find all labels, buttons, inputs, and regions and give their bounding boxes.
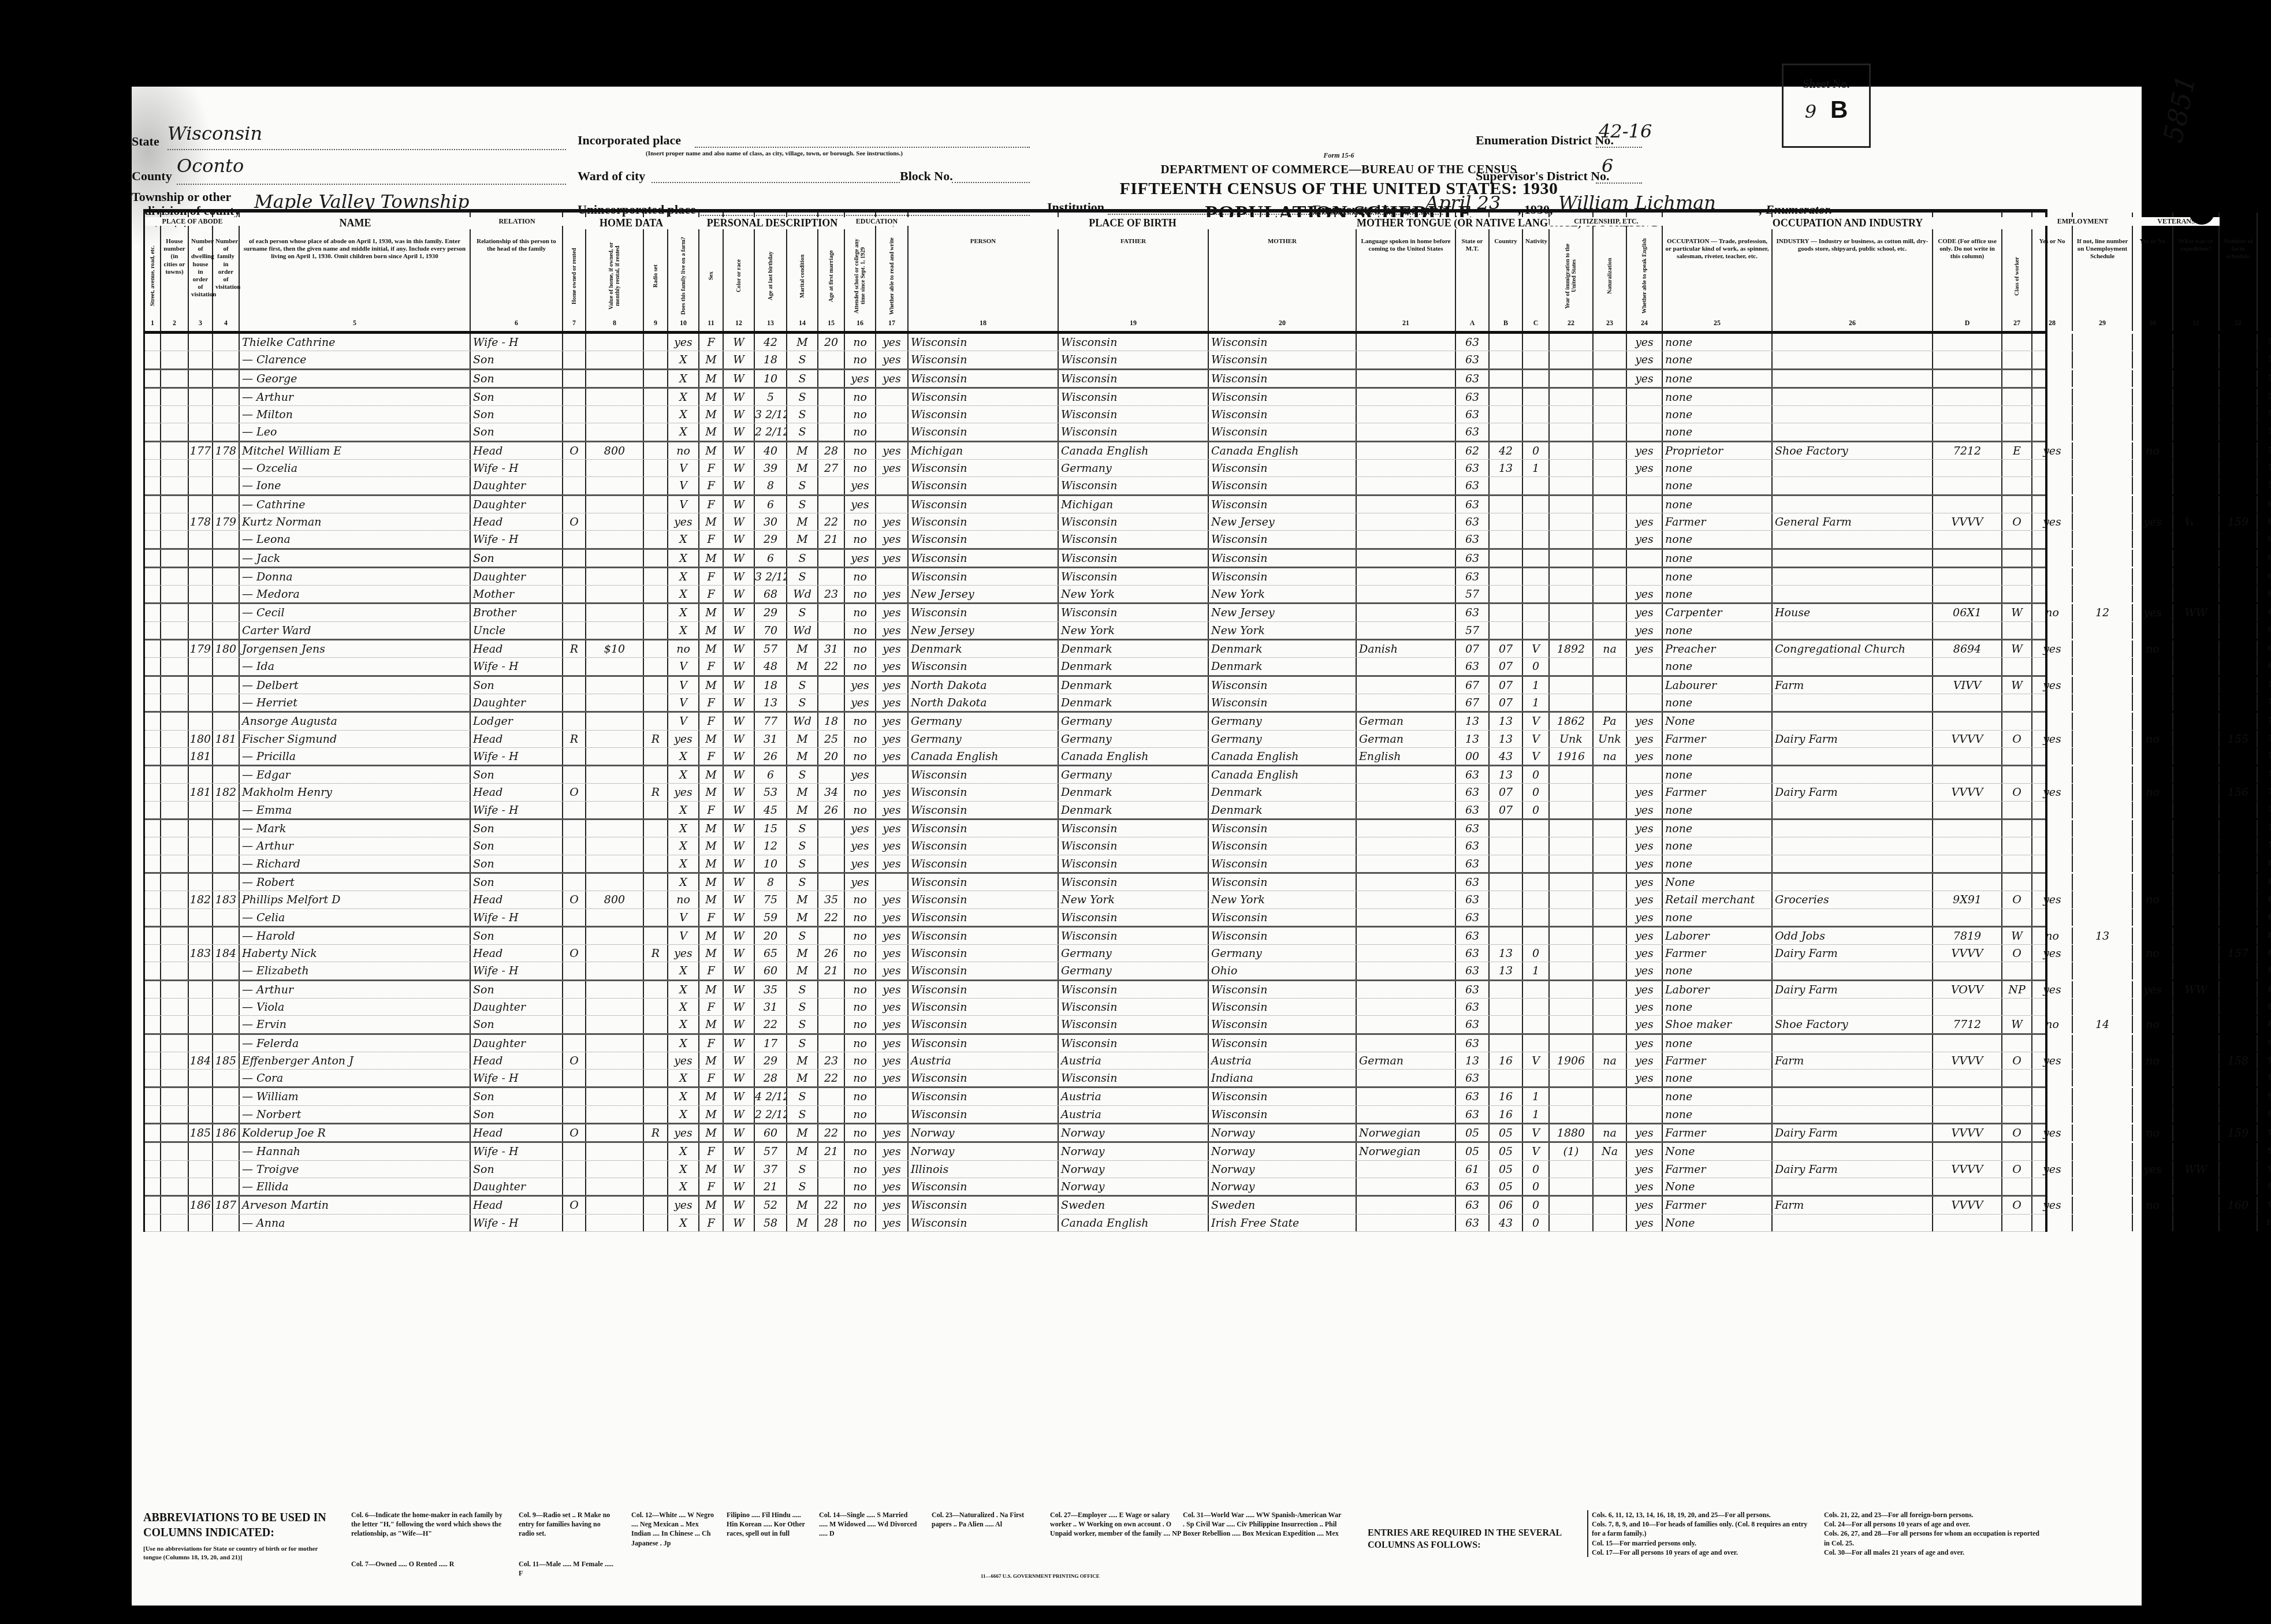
- cell-unemp: [2073, 370, 2133, 387]
- cell-cls: W: [2002, 677, 2032, 694]
- cell-bp: Wisconsin: [909, 837, 1059, 854]
- cell-work: [2032, 334, 2073, 351]
- cell-work: [2032, 351, 2073, 368]
- cell-vet: no: [2133, 784, 2173, 800]
- cell-sch: no: [845, 784, 876, 800]
- cell-empty: [145, 460, 161, 476]
- cell-fam: [213, 981, 240, 998]
- cell-fam: [213, 748, 240, 765]
- cell-imm: [1550, 802, 1594, 818]
- cell-mbp: Norway: [1209, 1124, 1357, 1141]
- cell-cC: V: [1523, 1124, 1550, 1141]
- cell-work: [2032, 389, 2073, 405]
- cell-empty: [161, 677, 189, 694]
- cell-agem: [818, 981, 845, 998]
- cell-own: [563, 460, 586, 476]
- cell-farm: X: [668, 550, 699, 567]
- cell-unemp: [2073, 1124, 2133, 1141]
- cell-read: yes: [876, 658, 909, 675]
- cell-bp: Norway: [909, 1124, 1059, 1141]
- cell-line: 100: [2258, 1215, 2271, 1231]
- cell-cD: [1933, 802, 2002, 818]
- column-header-text: Relationship of this person to the head …: [473, 238, 560, 253]
- cell-imm: [1550, 586, 1594, 602]
- cell-race: W: [724, 855, 755, 872]
- cell-unemp: [2073, 874, 2133, 891]
- cell-ind: [1773, 1143, 1933, 1160]
- cell-sch: no: [845, 999, 876, 1015]
- cell-empty: [161, 1215, 189, 1231]
- cell-ind: [1773, 999, 1933, 1015]
- cell-cls: E: [2002, 442, 2032, 459]
- cell-name: — Mark: [240, 820, 471, 837]
- cell-eng: yes: [1627, 586, 1663, 602]
- cell-imm: [1550, 784, 1594, 800]
- cell-radio: [644, 855, 668, 872]
- cell-ind: [1773, 622, 1933, 639]
- cell-rel: Head: [471, 945, 563, 962]
- cell-agem: [818, 1106, 845, 1123]
- cell-cB: 07: [1490, 694, 1523, 711]
- cell-line: 59: [2258, 477, 2271, 494]
- cell-work: yes: [2032, 442, 2073, 459]
- cell-fam: [213, 370, 240, 387]
- cell-lang: [1357, 1035, 1456, 1052]
- cell-occ: none: [1663, 1106, 1773, 1123]
- cell-empty: [145, 1178, 161, 1195]
- table-row: — ClarenceSonXMW18SnoyesWisconsinWiscons…: [145, 351, 2045, 370]
- cell-rel: Son: [471, 1106, 563, 1123]
- cell-age: 2 2/12: [755, 423, 787, 440]
- cell-cB: 06: [1490, 1197, 1523, 1213]
- cell-fsch: [2220, 460, 2258, 476]
- cell-sex: M: [699, 677, 724, 694]
- column-number: 3: [189, 319, 212, 327]
- cell-rel: Brother: [471, 604, 563, 621]
- cell-dw: [189, 837, 213, 854]
- table-row: — CathrineDaughterVFW6SyesWisconsinMichi…: [145, 496, 2045, 513]
- cell-war: [2173, 945, 2220, 962]
- cell-vet: [2133, 334, 2173, 351]
- cell-vet: [2133, 406, 2173, 423]
- cell-sex: M: [699, 423, 724, 440]
- cell-radio: [644, 837, 668, 854]
- cell-name: Fischer Sigmund: [240, 731, 471, 747]
- cell-unemp: [2073, 981, 2133, 998]
- cell-empty: [161, 1178, 189, 1195]
- cell-ind: [1773, 909, 1933, 926]
- cell-agem: 20: [818, 748, 845, 765]
- cell-lang: [1357, 802, 1456, 818]
- cell-own: O: [563, 784, 586, 800]
- cell-vet: [2133, 568, 2173, 585]
- table-row: — CoraWife - HXFW28M22noyesWisconsinWisc…: [145, 1070, 2045, 1088]
- cell-radio: [644, 477, 668, 494]
- cell-bp: Wisconsin: [909, 370, 1059, 387]
- cell-work: [2032, 658, 2073, 675]
- column-header: State or M.T.A: [1456, 213, 1490, 331]
- cell-fam: [213, 677, 240, 694]
- cell-empty: [145, 622, 161, 639]
- cell-dw: [189, 531, 213, 547]
- cell-val: [586, 604, 644, 621]
- cell-dw: [189, 1161, 213, 1178]
- cell-work: [2032, 1106, 2073, 1123]
- cell-age: 29: [755, 531, 787, 547]
- cell-sch: no: [845, 640, 876, 657]
- cell-race: W: [724, 513, 755, 530]
- cell-own: [563, 748, 586, 765]
- cell-sex: M: [699, 766, 724, 783]
- township-label-1: Township or other: [132, 189, 231, 204]
- cell-bp: Wisconsin: [909, 1106, 1059, 1123]
- cell-age: 3 2/12: [755, 568, 787, 585]
- cell-bp: Wisconsin: [909, 406, 1059, 423]
- cell-val: [586, 423, 644, 440]
- cell-fsch: [2220, 586, 2258, 602]
- cell-race: W: [724, 909, 755, 926]
- column-header-text: of each person whose place of abode on A…: [242, 238, 467, 261]
- cell-name: — Ida: [240, 658, 471, 675]
- table-row: — CeliaWife - HVFW59M22noyesWisconsinWis…: [145, 909, 2045, 928]
- cell-ind: [1773, 1070, 1933, 1086]
- cell-fam: [213, 837, 240, 854]
- column-header: Marital condition14: [787, 213, 818, 331]
- cell-lang: [1357, 370, 1456, 387]
- abbrev-col31: Col. 31—World War ..... WW Spanish-Ameri…: [1183, 1510, 1345, 1539]
- cell-radio: R: [644, 1124, 668, 1141]
- cell-line: 80: [2258, 855, 2271, 872]
- cell-radio: [644, 1070, 668, 1086]
- cell-rel: Wife - H: [471, 658, 563, 675]
- cell-own: [563, 928, 586, 944]
- cell-race: W: [724, 981, 755, 998]
- cell-imm: [1550, 694, 1594, 711]
- cell-own: [563, 568, 586, 585]
- cell-cB: [1490, 1070, 1523, 1086]
- cell-eng: yes: [1627, 1178, 1663, 1195]
- cell-empty: [145, 1052, 161, 1069]
- cell-cC: [1523, 909, 1550, 926]
- cell-race: W: [724, 550, 755, 567]
- cell-empty: [145, 496, 161, 513]
- cell-cB: 42: [1490, 442, 1523, 459]
- cell-work: yes: [2032, 731, 2073, 747]
- cell-unemp: 14: [2073, 1016, 2133, 1033]
- cell-read: [876, 1088, 909, 1105]
- cell-fam: 187: [213, 1197, 240, 1213]
- cell-cA: 63: [1456, 891, 1490, 908]
- cell-fbp: Wisconsin: [1059, 981, 1209, 998]
- cell-nat: [1594, 766, 1627, 783]
- cell-read: [876, 874, 909, 891]
- cell-lang: German: [1357, 713, 1456, 729]
- cell-read: yes: [876, 784, 909, 800]
- cell-nat: [1594, 658, 1627, 675]
- cell-imm: 1906: [1550, 1052, 1594, 1069]
- cell-mar: S: [787, 1088, 818, 1105]
- cell-agem: [818, 351, 845, 368]
- cell-lang: [1357, 406, 1456, 423]
- cell-read: yes: [876, 1197, 909, 1213]
- cell-empty: [145, 891, 161, 908]
- cell-cD: [1933, 370, 2002, 387]
- cell-empty: [161, 406, 189, 423]
- cell-ind: [1773, 334, 1933, 351]
- cell-cD: [1933, 1215, 2002, 1231]
- cell-unemp: [2073, 766, 2133, 783]
- cell-occ: none: [1663, 802, 1773, 818]
- cell-cA: 63: [1456, 389, 1490, 405]
- cell-bp: Germany: [909, 731, 1059, 747]
- cell-vet: no: [2133, 1016, 2173, 1033]
- cell-sex: M: [699, 370, 724, 387]
- cell-cC: [1523, 389, 1550, 405]
- cell-cB: 13: [1490, 962, 1523, 979]
- cell-sch: yes: [845, 694, 876, 711]
- cell-sch: no: [845, 658, 876, 675]
- cell-lang: [1357, 550, 1456, 567]
- cell-own: [563, 766, 586, 783]
- cell-cD: [1933, 874, 2002, 891]
- cell-empty: [145, 604, 161, 621]
- column-number: 32: [2220, 319, 2257, 327]
- cell-cls: [2002, 658, 2032, 675]
- cell-imm: [1550, 477, 1594, 494]
- cell-race: W: [724, 604, 755, 621]
- cell-cD: [1933, 406, 2002, 423]
- cell-bp: Wisconsin: [909, 460, 1059, 476]
- column-header-text: Language spoken in home before coming to…: [1359, 238, 1453, 253]
- cell-empty: [145, 1070, 161, 1086]
- cell-rel: Daughter: [471, 477, 563, 494]
- cell-mar: M: [787, 784, 818, 800]
- cell-eng: yes: [1627, 513, 1663, 530]
- cell-fsch: [2220, 604, 2258, 621]
- cell-fsch: [2220, 568, 2258, 585]
- cell-ind: [1773, 586, 1933, 602]
- cell-eng: yes: [1627, 370, 1663, 387]
- cell-imm: [1550, 891, 1594, 908]
- table-row: — ArthurSonXMW12SyesyesWisconsinWisconsi…: [145, 837, 2045, 855]
- cell-unemp: [2073, 1035, 2133, 1052]
- cell-mar: S: [787, 837, 818, 854]
- cell-occ: none: [1663, 550, 1773, 567]
- cell-farm: yes: [668, 784, 699, 800]
- cell-name: — Arthur: [240, 389, 471, 405]
- cell-sex: F: [699, 531, 724, 547]
- cell-cls: [2002, 1215, 2032, 1231]
- cell-imm: [1550, 1035, 1594, 1052]
- cell-agem: 35: [818, 891, 845, 908]
- cell-dw: [189, 999, 213, 1015]
- cell-dw: [189, 550, 213, 567]
- cell-farm: X: [668, 622, 699, 639]
- cell-occ: none: [1663, 622, 1773, 639]
- cell-age: 31: [755, 731, 787, 747]
- cell-lang: [1357, 1161, 1456, 1178]
- cell-cA: 63: [1456, 370, 1490, 387]
- cell-line: 79: [2258, 837, 2271, 854]
- cell-vet: [2133, 748, 2173, 765]
- cell-race: W: [724, 1035, 755, 1052]
- cell-radio: [644, 496, 668, 513]
- cell-sex: F: [699, 694, 724, 711]
- cell-mar: M: [787, 731, 818, 747]
- cell-read: yes: [876, 945, 909, 962]
- cell-rel: Son: [471, 389, 563, 405]
- cell-war: [2173, 820, 2220, 837]
- cell-rel: Wife - H: [471, 460, 563, 476]
- cell-mar: M: [787, 442, 818, 459]
- cell-fsch: [2220, 1178, 2258, 1195]
- cell-own: [563, 351, 586, 368]
- column-group-title: PLACE OF BIRTH: [909, 217, 1357, 229]
- cell-cD: [1933, 837, 2002, 854]
- cell-unemp: [2073, 748, 2133, 765]
- cell-unemp: [2073, 460, 2133, 476]
- cell-cB: [1490, 351, 1523, 368]
- column-number: 12: [724, 319, 754, 327]
- cell-agem: 22: [818, 513, 845, 530]
- cell-vet: no: [2133, 442, 2173, 459]
- cell-war: [2173, 1124, 2220, 1141]
- column-group-title: CITIZENSHIP, ETC.: [1550, 217, 1663, 226]
- cell-work: [2032, 1178, 2073, 1195]
- column-header: House number (in cities or towns)2: [161, 213, 189, 331]
- cell-bp: New Jersey: [909, 586, 1059, 602]
- table-row: 185186Kolderup Joe RHeadORyesMW60M22noye…: [145, 1124, 2045, 1143]
- cell-sex: F: [699, 1178, 724, 1195]
- cell-rel: Wife - H: [471, 748, 563, 765]
- column-header: Street, avenue, road, etc.1: [145, 213, 161, 331]
- cell-line: 67: [2258, 622, 2271, 639]
- cell-mbp: Wisconsin: [1209, 496, 1357, 513]
- cell-mar: M: [787, 460, 818, 476]
- cell-rel: Wife - H: [471, 909, 563, 926]
- cell-cC: [1523, 550, 1550, 567]
- cell-cC: 0: [1523, 1178, 1550, 1195]
- cell-val: [586, 1124, 644, 1141]
- cell-work: [2032, 837, 2073, 854]
- table-row: — ArthurSonXMW5SnoWisconsinWisconsinWisc…: [145, 389, 2045, 406]
- cell-eng: yes: [1627, 1052, 1663, 1069]
- cell-agem: [818, 999, 845, 1015]
- cell-mbp: Canada English: [1209, 442, 1357, 459]
- cell-dw: 180: [189, 731, 213, 747]
- cell-rel: Son: [471, 550, 563, 567]
- cell-read: yes: [876, 1215, 909, 1231]
- cell-ind: Shoe Factory: [1773, 442, 1933, 459]
- cell-sex: M: [699, 1052, 724, 1069]
- cell-own: [563, 531, 586, 547]
- cell-imm: [1550, 370, 1594, 387]
- table-row: 178179Kurtz NormanHeadOyesMW30M22noyesWi…: [145, 513, 2045, 531]
- cell-war: [2173, 891, 2220, 908]
- cell-nat: [1594, 677, 1627, 694]
- cell-farm: yes: [668, 1052, 699, 1069]
- cell-rel: Son: [471, 820, 563, 837]
- cell-imm: [1550, 406, 1594, 423]
- cell-ind: [1773, 531, 1933, 547]
- cell-nat: [1594, 477, 1627, 494]
- cell-cC: [1523, 1070, 1550, 1086]
- cell-age: 8: [755, 477, 787, 494]
- column-number: 11: [699, 319, 723, 327]
- cell-dw: [189, 1088, 213, 1105]
- cell-ind: Shoe Factory: [1773, 1016, 1933, 1033]
- cell-read: yes: [876, 731, 909, 747]
- cell-cB: 05: [1490, 1124, 1523, 1141]
- cell-cC: [1523, 531, 1550, 547]
- cell-vet: [2133, 477, 2173, 494]
- cell-radio: [644, 1161, 668, 1178]
- cell-farm: X: [668, 802, 699, 818]
- cell-radio: [644, 1106, 668, 1123]
- cell-cA: 63: [1456, 496, 1490, 513]
- cell-rel: Wife - H: [471, 1070, 563, 1086]
- column-number: 9: [644, 319, 667, 327]
- cell-war: WW: [2173, 604, 2220, 621]
- cell-fsch: 159: [2220, 513, 2258, 530]
- cell-line: 57: [2258, 442, 2271, 459]
- cell-imm: [1550, 766, 1594, 783]
- cell-name: — Ervin: [240, 1016, 471, 1033]
- cell-imm: 1892: [1550, 640, 1594, 657]
- required-entries-left: Cols. 6, 11, 12, 13, 14, 16, 18, 19, 20,…: [1587, 1510, 1817, 1557]
- cell-mbp: New Jersey: [1209, 513, 1357, 530]
- cell-eng: [1627, 1106, 1663, 1123]
- column-header: Number of dwelling house in order of vis…: [189, 213, 213, 331]
- cell-unemp: [2073, 477, 2133, 494]
- cell-work: no: [2032, 604, 2073, 621]
- cell-cB: [1490, 622, 1523, 639]
- table-row: — ErvinSonXMW22SnoyesWisconsinWisconsinW…: [145, 1016, 2045, 1034]
- cell-ind: [1773, 748, 1933, 765]
- cell-imm: [1550, 981, 1594, 998]
- table-row: — ArthurSonXMW35SnoyesWisconsinWisconsin…: [145, 981, 2045, 999]
- cell-farm: X: [668, 406, 699, 423]
- cell-empty: [161, 694, 189, 711]
- column-header: Yes or No30: [2133, 213, 2173, 331]
- cell-sch: no: [845, 604, 876, 621]
- column-header-text: FATHER: [1061, 238, 1205, 245]
- cell-bp: Wisconsin: [909, 1016, 1059, 1033]
- cell-race: W: [724, 891, 755, 908]
- cell-farm: X: [668, 1070, 699, 1086]
- cell-dw: 178: [189, 513, 213, 530]
- cell-cB: [1490, 477, 1523, 494]
- cell-imm: [1550, 1088, 1594, 1105]
- cell-sex: F: [699, 802, 724, 818]
- cell-fbp: Wisconsin: [1059, 513, 1209, 530]
- cell-nat: [1594, 1035, 1627, 1052]
- table-row: — AnnaWife - HXFW58M28noyesWisconsinCana…: [145, 1215, 2045, 1232]
- cell-fam: [213, 568, 240, 585]
- cell-ind: [1773, 766, 1933, 783]
- cell-cB: [1490, 513, 1523, 530]
- cell-val: [586, 531, 644, 547]
- table-row: — DelbertSonVMW18SyesyesNorth DakotaDenm…: [145, 677, 2045, 694]
- cell-mbp: Wisconsin: [1209, 1016, 1357, 1033]
- cell-radio: R: [644, 784, 668, 800]
- cell-empty: [145, 1143, 161, 1160]
- cell-val: [586, 981, 644, 998]
- cell-unemp: [2073, 550, 2133, 567]
- cell-cls: [2002, 622, 2032, 639]
- cell-occ: none: [1663, 568, 1773, 585]
- cell-imm: [1550, 1215, 1594, 1231]
